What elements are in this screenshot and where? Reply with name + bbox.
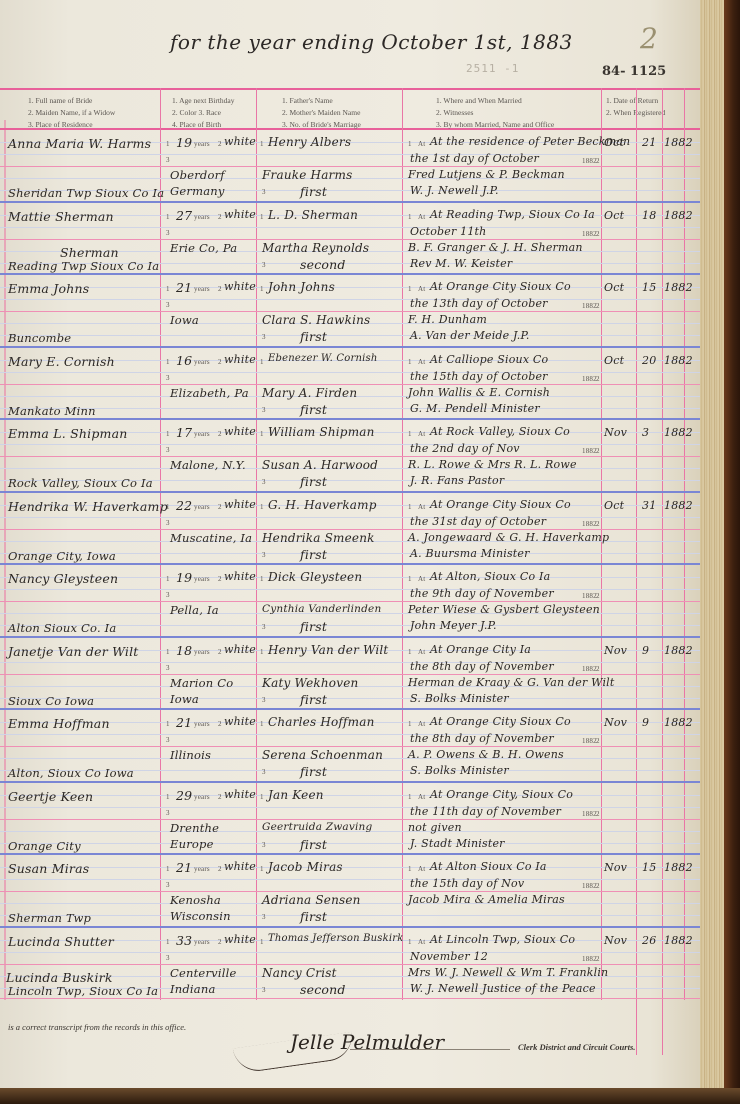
age: 17 (176, 425, 192, 440)
return-year: 1882 (664, 281, 693, 294)
line-index: 1 (408, 285, 412, 293)
line-index: 2 (596, 302, 600, 310)
return-month: Nov (604, 861, 627, 874)
when-married: the 8th day of November (410, 660, 554, 673)
at-label: At (418, 938, 425, 946)
father-name: Jacob Miras (268, 860, 343, 874)
bride-name: Anna Maria W. Harms (8, 136, 151, 151)
line-index: 1 (408, 430, 412, 438)
ruling-line (0, 915, 700, 916)
line-index: 3 (166, 809, 170, 817)
clerk-title: Clerk District and Circuit Courts. (518, 1042, 635, 1052)
page-title: for the year ending October 1st, 1883 (170, 30, 573, 54)
at-label: At (418, 720, 425, 728)
color: white (224, 498, 256, 511)
return-day: 18 (642, 209, 656, 222)
line-index: 1 (260, 648, 264, 656)
return-year: 1882 (664, 934, 693, 947)
years-label: years (194, 140, 210, 148)
line-index: 1 (408, 503, 412, 511)
line-index: 2 (596, 737, 600, 745)
color: white (224, 860, 256, 873)
age: 21 (176, 280, 192, 295)
place-of-residence: Buncombe (8, 331, 71, 345)
return-month: Nov (604, 426, 627, 439)
place-of-residence: Rock Valley, Sioux Co Ia (8, 476, 153, 490)
ruling-line (0, 734, 700, 735)
row-mid-rule (0, 384, 700, 385)
line-index: 2 (218, 503, 222, 511)
at-label: At (418, 575, 425, 583)
where-married: At Reading Twp, Sioux Co Ia (430, 208, 595, 221)
witnesses: B. F. Granger & J. H. Sherman (408, 241, 583, 254)
ruling-line (0, 408, 700, 409)
years-label: years (194, 938, 210, 946)
where-married: At Rock Valley, Sioux Co (430, 425, 570, 438)
line-index: 1 (260, 720, 264, 728)
at-label: At (418, 648, 425, 656)
line-index: 3 (262, 478, 266, 486)
line-index: 1 (260, 865, 264, 873)
where-married: At Orange City Sioux Co (430, 498, 571, 511)
line-index: 2 (596, 882, 600, 890)
at-label: At (418, 285, 425, 293)
return-year: 1882 (664, 644, 693, 657)
color: white (224, 280, 256, 293)
ruling-line (0, 589, 700, 590)
place-of-birth: Erie Co, Pa (170, 241, 237, 255)
marriage-year: 1882 (582, 665, 597, 673)
marriage-number: second (300, 982, 346, 997)
entry-separator (0, 708, 700, 710)
years-label: years (194, 213, 210, 221)
officiant: G. M. Pendell Minister (410, 402, 540, 415)
mother-maiden-name: Katy Wekhoven (262, 676, 358, 690)
entry-separator (0, 491, 700, 493)
witnesses: A. Jongewaard & G. H. Haverkamp (408, 531, 609, 544)
at-label: At (418, 430, 425, 438)
return-day: 21 (642, 136, 656, 149)
when-married: the 1st day of October (410, 152, 539, 165)
mother-maiden-name: Geertruida Zwaving (262, 821, 372, 833)
entry-separator (0, 418, 700, 420)
where-married: At Alton, Sioux Co Ia (430, 570, 550, 583)
place-of-residence: Sioux Co Iowa (8, 694, 94, 708)
mother-maiden-name: Serena Schoenman (262, 748, 383, 762)
marriage-year: 1882 (582, 375, 597, 383)
when-married: November 12 (410, 950, 488, 963)
mother-maiden-name: Hendrika Smeenk (262, 531, 375, 545)
ruling-line (0, 879, 700, 880)
where-married: At Orange City Ia (430, 643, 531, 656)
marriage-number: first (300, 692, 327, 707)
line-index: 2 (596, 955, 600, 963)
row-mid-rule (0, 674, 700, 675)
place-of-residence: Reading Twp Sioux Co Ia (8, 259, 159, 273)
line-index: 3 (166, 519, 170, 527)
place-of-residence: Orange City, Iowa (8, 549, 116, 563)
father-name: L. D. Sherman (268, 208, 358, 222)
father-name: William Shipman (268, 425, 375, 439)
marriage-number: first (300, 474, 327, 489)
age: 16 (176, 353, 192, 368)
at-label: At (418, 503, 425, 511)
return-day: 15 (642, 281, 656, 294)
ruling-line (0, 952, 700, 953)
when-married: the 15th day of October (410, 370, 548, 383)
line-index: 1 (260, 213, 264, 221)
return-month: Nov (604, 644, 627, 657)
line-index: 2 (218, 140, 222, 148)
return-month: Oct (604, 281, 624, 294)
return-day: 20 (642, 354, 656, 367)
row-mid-rule (0, 891, 700, 892)
return-year: 1882 (664, 354, 693, 367)
bride-name: Emma L. Shipman (8, 426, 127, 441)
ruling-line (0, 867, 700, 868)
line-index: 2 (596, 230, 600, 238)
line-index: 2 (596, 810, 600, 818)
line-index: 1 (260, 140, 264, 148)
where-married: At Alton Sioux Co Ia (430, 860, 547, 873)
column-divider (256, 88, 257, 1000)
faint-stamp: 2511 -1 (466, 62, 519, 75)
line-index: 1 (166, 503, 170, 511)
entry-separator (0, 346, 700, 348)
ruling-line (0, 372, 700, 373)
marriage-year: 1882 (582, 882, 597, 890)
row-mid-rule (0, 239, 700, 240)
age: 33 (176, 933, 192, 948)
entry-separator (0, 636, 700, 638)
return-year: 1882 (664, 426, 693, 439)
officiant: S. Bolks Minister (410, 764, 509, 777)
header-top-rule (0, 88, 700, 90)
ruling-line (0, 795, 700, 796)
bride-name: Geertje Keen (8, 789, 93, 804)
marriage-number: first (300, 402, 327, 417)
officiant: A. Van der Meide J.P. (410, 329, 530, 342)
line-index: 3 (166, 591, 170, 599)
line-index: 1 (166, 140, 170, 148)
age: 22 (176, 498, 192, 513)
line-index: 1 (260, 503, 264, 511)
marriage-year: 1882 (582, 737, 597, 745)
witnesses: Herman de Kraay & G. Van der Wilt (408, 676, 615, 689)
return-day: 9 (642, 716, 649, 729)
line-index: 1 (260, 430, 264, 438)
return-month: Oct (604, 354, 624, 367)
at-label: At (418, 140, 425, 148)
entry-separator (0, 853, 700, 855)
line-index: 3 (166, 229, 170, 237)
years-label: years (194, 285, 210, 293)
line-index: 1 (408, 938, 412, 946)
line-index: 3 (262, 986, 266, 994)
ruling-line (0, 698, 700, 699)
signature-line (350, 1049, 510, 1050)
years-label: years (194, 793, 210, 801)
father-name: Henry Van der Wilt (268, 643, 388, 657)
bride-name: Nancy Gleysteen (8, 571, 118, 586)
place-of-residence: Alton Sioux Co. Ia (8, 621, 116, 635)
line-index: 3 (262, 768, 266, 776)
clerk-signature: Jelle Pelmulder (290, 1030, 444, 1054)
return-year: 1882 (664, 716, 693, 729)
line-index: 1 (166, 430, 170, 438)
place-of-residence: Alton, Sioux Co Iowa (8, 766, 134, 780)
marriage-number: first (300, 837, 327, 852)
entry-separator (0, 201, 700, 203)
where-married: At Orange City Sioux Co (430, 715, 571, 728)
marriage-number: first (300, 547, 327, 562)
line-index: 1 (408, 648, 412, 656)
mother-maiden-name: Susan A. Harwood (262, 458, 378, 472)
table-header: 1. Full name of Bride 2. Maiden Name, if… (0, 88, 700, 130)
mother-maiden-name: Nancy Crist (262, 966, 337, 980)
marriage-year: 1882 (582, 447, 597, 455)
line-index: 2 (596, 375, 600, 383)
line-index: 2 (218, 575, 222, 583)
line-index: 3 (166, 301, 170, 309)
mother-maiden-name: Cynthia Vanderlinden (262, 603, 381, 615)
line-index: 1 (408, 793, 412, 801)
line-index: 3 (166, 954, 170, 962)
line-index: 2 (596, 665, 600, 673)
line-index: 3 (262, 261, 266, 269)
marriage-number: first (300, 329, 327, 344)
line-index: 2 (596, 592, 600, 600)
line-index: 1 (260, 938, 264, 946)
return-day: 9 (642, 644, 649, 657)
line-index: 3 (166, 156, 170, 164)
return-month: Oct (604, 136, 624, 149)
age: 19 (176, 570, 192, 585)
return-month: Oct (604, 499, 624, 512)
when-married: the 15th day of Nov (410, 877, 524, 890)
marriage-number: first (300, 909, 327, 924)
at-label: At (418, 358, 425, 366)
line-index: 3 (262, 333, 266, 341)
line-index: 1 (166, 358, 170, 366)
line-index: 2 (218, 430, 222, 438)
bride-name: Janetje Van der Wilt (8, 644, 139, 659)
header-col-parents: 1. Father's Name 2. Mother's Maiden Name… (282, 95, 361, 131)
ruling-line (0, 662, 700, 663)
at-label: At (418, 213, 425, 221)
return-year: 1882 (664, 861, 693, 874)
place-of-birth-line2: Wisconsin (170, 909, 231, 923)
column-divider (402, 88, 403, 1000)
row-mid-rule (0, 456, 700, 457)
ruling-line (0, 843, 700, 844)
color: white (224, 135, 256, 148)
marriage-year: 1882 (582, 302, 597, 310)
father-name: G. H. Haverkamp (268, 498, 377, 512)
bride-name: Susan Miras (8, 861, 89, 876)
mother-maiden-name: Martha Reynolds (262, 241, 369, 255)
bride-name: Lucinda Shutter (8, 934, 114, 949)
line-index: 1 (260, 285, 264, 293)
line-index: 1 (408, 865, 412, 873)
return-month: Nov (604, 716, 627, 729)
witnesses: F. H. Dunham (408, 313, 487, 326)
color: white (224, 570, 256, 583)
line-index: 1 (166, 720, 170, 728)
years-label: years (194, 575, 210, 583)
age: 21 (176, 715, 192, 730)
line-index: 3 (262, 406, 266, 414)
when-married: October 11th (410, 225, 486, 238)
place-of-birth-line2: Iowa (170, 692, 199, 706)
line-index: 2 (218, 648, 222, 656)
place-of-birth: Iowa (170, 313, 199, 327)
officiant: John Meyer J.P. (410, 619, 497, 632)
officiant: S. Bolks Minister (410, 692, 509, 705)
return-year: 1882 (664, 499, 693, 512)
column-divider (636, 88, 637, 1055)
line-index: 2 (218, 213, 222, 221)
place-of-birth: Kenosha (170, 893, 221, 907)
color: white (224, 643, 256, 656)
when-married: the 31st day of October (410, 515, 546, 528)
father-name: Charles Hoffman (268, 715, 375, 729)
line-index: 1 (408, 358, 412, 366)
header-col-age: 1. Age next Birthday 2. Color 3. Race 4.… (172, 95, 235, 131)
age: 21 (176, 860, 192, 875)
line-index: 1 (408, 575, 412, 583)
father-name: John Johns (268, 280, 335, 294)
marriage-year: 1882 (582, 520, 597, 528)
row-mid-rule (0, 746, 700, 747)
where-married: At Orange City, Sioux Co (430, 788, 573, 801)
years-label: years (194, 430, 210, 438)
ruling-line (0, 444, 700, 445)
line-index: 1 (166, 285, 170, 293)
return-day: 31 (642, 499, 656, 512)
row-mid-rule (0, 529, 700, 530)
line-index: 3 (166, 736, 170, 744)
age: 18 (176, 643, 192, 658)
bride-name: Mary E. Cornish (8, 354, 115, 369)
officiant: W. J. Newell Justice of the Peace (410, 982, 596, 995)
color: white (224, 425, 256, 438)
return-month: Oct (604, 209, 624, 222)
place-of-residence: Sheridan Twp Sioux Co Ia (8, 186, 164, 200)
officiant: W. J. Newell J.P. (410, 184, 499, 197)
color: white (224, 353, 256, 366)
line-index: 2 (596, 447, 600, 455)
marriage-year: 1882 (582, 955, 597, 963)
witnesses: John Wallis & E. Cornish (408, 386, 550, 399)
line-index: 3 (166, 881, 170, 889)
at-label: At (418, 793, 425, 801)
ruling-line (0, 154, 700, 155)
line-index: 3 (262, 623, 266, 631)
years-label: years (194, 720, 210, 728)
line-index: 1 (408, 213, 412, 221)
line-index: 2 (218, 358, 222, 366)
line-index: 2 (218, 793, 222, 801)
certification-text: is a correct transcript from the records… (8, 1022, 186, 1032)
bride-name: Emma Hoffman (8, 716, 110, 731)
line-index: 3 (262, 913, 266, 921)
place-of-residence: Orange City (8, 839, 81, 853)
witnesses: Fred Lutjens & P. Beckman (408, 168, 565, 181)
when-married: the 11th day of November (410, 805, 561, 818)
where-married: At Orange City Sioux Co (430, 280, 571, 293)
column-divider (601, 88, 602, 1000)
place-of-birth: Oberdorf (170, 168, 225, 182)
when-married: the 9th day of November (410, 587, 554, 600)
years-label: years (194, 358, 210, 366)
place-of-birth: Malone, N.Y. (170, 458, 246, 472)
line-index: 2 (218, 720, 222, 728)
years-label: years (194, 503, 210, 511)
marriage-number: second (300, 257, 346, 272)
return-year: 1882 (664, 136, 693, 149)
line-index: 3 (262, 188, 266, 196)
ruling-line (0, 299, 700, 300)
bride-name: Emma Johns (8, 281, 89, 296)
place-of-birth-line2: Europe (170, 837, 214, 851)
place-of-birth-line2: Germany (170, 184, 225, 198)
line-index: 1 (166, 865, 170, 873)
when-married: the 8th day of November (410, 732, 554, 745)
line-index: 2 (596, 520, 600, 528)
when-married: the 13th day of October (410, 297, 548, 310)
ruling-line (0, 227, 700, 228)
line-index: 1 (166, 648, 170, 656)
line-index: 2 (218, 938, 222, 946)
line-index: 3 (166, 374, 170, 382)
where-married: At Calliope Sioux Co (430, 353, 548, 366)
age: 27 (176, 208, 192, 223)
line-index: 1 (260, 793, 264, 801)
father-name: Henry Albers (268, 135, 351, 149)
line-index: 1 (260, 575, 264, 583)
place-of-birth-line2: Indiana (170, 982, 216, 996)
entry-separator (0, 273, 700, 275)
where-married: At Lincoln Twp, Sioux Co (430, 933, 575, 946)
marriage-year: 1882 (582, 157, 597, 165)
return-month: Nov (604, 934, 627, 947)
page-number: 2 (640, 22, 658, 55)
row-mid-rule (0, 819, 700, 820)
father-name: Jan Keen (268, 788, 324, 802)
entry-separator (0, 926, 700, 928)
column-divider (662, 88, 663, 1055)
line-index: 3 (166, 446, 170, 454)
witnesses: Jacob Mira & Amelia Miras (408, 893, 565, 906)
color: white (224, 208, 256, 221)
officiant: J. Stadt Minister (410, 837, 505, 850)
when-married: the 2nd day of Nov (410, 442, 520, 455)
ruling-line (0, 335, 700, 336)
left-margin-line (4, 120, 6, 1000)
ruling-line (0, 287, 700, 288)
header-col-bride: 1. Full name of Bride 2. Maiden Name, if… (28, 95, 115, 131)
witnesses: Mrs W. J. Newell & Wm T. Franklin (408, 966, 608, 979)
line-index: 1 (260, 358, 264, 366)
place-of-birth: Marion Co (170, 676, 233, 690)
officiant: Rev M. W. Keister (410, 257, 512, 270)
place-of-birth: Pella, Ia (170, 603, 219, 617)
witnesses: not given (408, 821, 462, 834)
entry-separator (0, 998, 700, 999)
place-of-residence: Sherman Twp (8, 911, 91, 925)
years-label: years (194, 648, 210, 656)
